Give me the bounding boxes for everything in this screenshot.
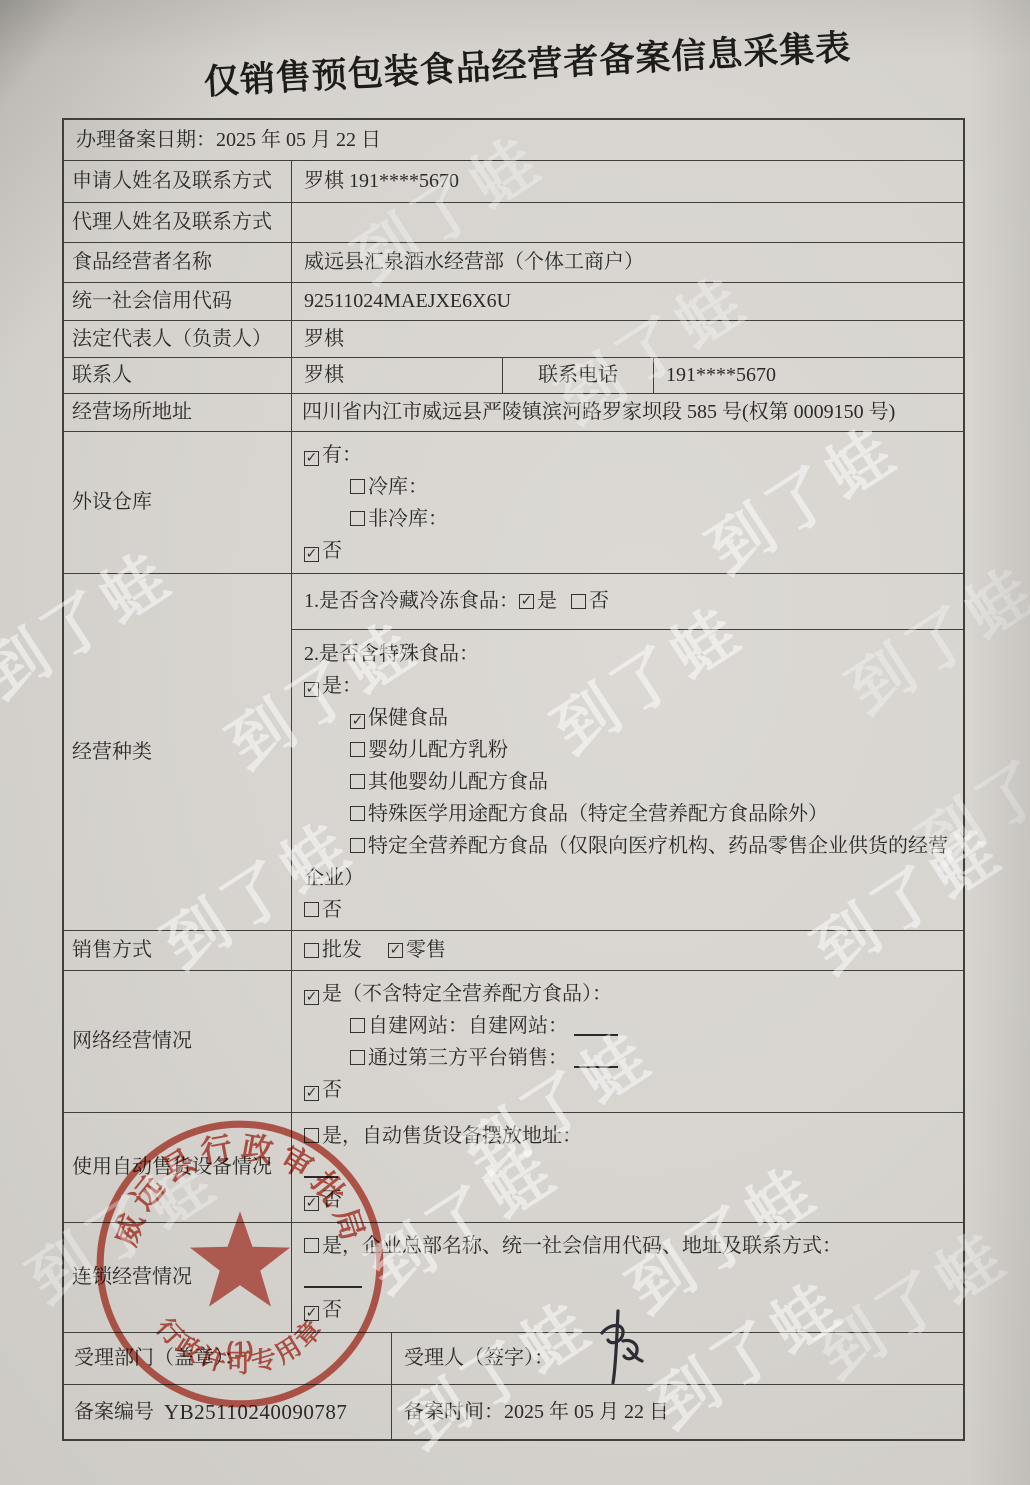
sales-method-options: 批发 ✓零售 (292, 931, 963, 970)
checkbox-empty (350, 838, 365, 853)
row-credit-code: 统一社会信用代码 92511024MAEJXE6X6U (64, 282, 963, 320)
row-agent: 代理人姓名及联系方式 (64, 202, 963, 242)
applicant-label: 申请人姓名及联系方式 (64, 161, 292, 202)
online-option: 通过第三方平台销售： (304, 1042, 951, 1074)
row-applicant: 申请人姓名及联系方式 罗棋 191****5670 (64, 160, 963, 202)
address-label: 经营场所地址 (64, 394, 292, 431)
option-label: 是（不含特定全营养配方食品）： (322, 983, 612, 1005)
legal-rep-value: 罗棋 (292, 321, 963, 357)
vending-option: ✓否 (304, 1184, 951, 1216)
record-time-label: 备案时间： (404, 1399, 504, 1426)
online-business-label: 网络经营情况 (64, 971, 292, 1112)
blank-underline (304, 1267, 362, 1288)
checkbox-empty (304, 943, 319, 958)
phone-label: 联系电话 (502, 358, 654, 393)
row-address: 经营场所地址 四川省内江市威远县严陵镇滨河路罗家坝段 585 号(权第 0009… (64, 393, 963, 431)
chain-option: 是，企业总部名称、统一社会信用代码、地址及联系方式： (304, 1230, 951, 1262)
cold-food-question: 1.是否含冷藏冷冻食品： ✓是 否 (292, 574, 963, 629)
checkbox-checked: ✓ (388, 943, 403, 958)
checkbox-checked: ✓ (304, 1086, 319, 1101)
row-warehouse: 外设仓库 ✓有： 冷库： 非冷库： ✓否 (64, 431, 963, 573)
checkbox-empty (304, 1128, 319, 1143)
checkbox-checked: ✓ (350, 714, 365, 729)
row-legal-rep: 法定代表人（负责人） 罗棋 (64, 320, 963, 357)
checkbox-empty (350, 1050, 365, 1065)
checkbox-checked: ✓ (304, 1306, 319, 1321)
record-time-value: 2025 年 05 月 22 日 (504, 1399, 669, 1426)
option-label: 否 (322, 1079, 342, 1101)
row-sales-method: 销售方式 批发 ✓零售 (64, 930, 963, 970)
contact-label: 联系人 (64, 358, 292, 393)
special-food-option: ✓保健食品 (304, 702, 951, 734)
option-label: 其他婴幼儿配方食品 (368, 771, 548, 793)
operator-name-value: 威远县汇泉酒水经营部（个体工商户） (292, 243, 963, 282)
record-no-value: YB25110240090787 (164, 1398, 347, 1426)
option-label: 批发 (322, 937, 362, 964)
online-option: 自建网站：自建网站： (304, 1010, 951, 1042)
blank-underline (574, 1047, 618, 1068)
option-label: 特殊医学用途配方食品（特定全营养配方食品除外） (368, 803, 828, 825)
credit-code-label: 统一社会信用代码 (64, 283, 292, 320)
checkbox-checked: ✓ (304, 547, 319, 562)
credit-code-value: 92511024MAEJXE6X6U (292, 283, 963, 320)
checkbox-empty (304, 1238, 319, 1253)
special-food-option: 婴幼儿配方乳粉 (304, 734, 951, 766)
checkbox-checked: ✓ (304, 1196, 319, 1211)
option-label: 否 (322, 540, 342, 562)
acceptor-sign-label: 受理人（签字）： (404, 1345, 554, 1372)
row-filing-date: 办理备案日期：2025 年 05 月 22 日 (64, 120, 963, 160)
record-time-cell: 备案时间： 2025 年 05 月 22 日 (392, 1385, 963, 1439)
option-label: 非冷库： (368, 508, 448, 530)
form-title: 仅销售预包装食品经营者备案信息采集表 (147, 17, 909, 108)
checkbox-checked: ✓ (304, 990, 319, 1005)
phone-value: 191****5670 (654, 358, 963, 393)
address-value: 四川省内江市威远县严陵镇滨河路罗家坝段 585 号(权第 0009150 号) (292, 394, 963, 431)
option-label: 婴幼儿配方乳粉 (368, 739, 508, 761)
sales-method-label: 销售方式 (64, 931, 292, 970)
legal-rep-label: 法定代表人（负责人） (64, 321, 292, 357)
blank-underline (574, 1015, 618, 1036)
warehouse-options: ✓有： 冷库： 非冷库： ✓否 (292, 432, 963, 573)
operator-name-label: 食品经营者名称 (64, 243, 292, 282)
option-label: 是，企业总部名称、统一社会信用代码、地址及联系方式： (322, 1235, 842, 1257)
business-types-cell: 1.是否含冷藏冷冻食品： ✓是 否 2.是否含特殊食品： ✓是： ✓保健食品 婴… (292, 574, 963, 930)
applicant-value: 罗棋 191****5670 (292, 161, 963, 202)
checkbox-empty (350, 806, 365, 821)
warehouse-option: 非冷库： (304, 503, 951, 535)
warehouse-option: ✓有： (304, 439, 951, 471)
option-label: 是，自动售货设备摆放地址： (322, 1125, 582, 1147)
checkbox-empty (350, 479, 365, 494)
vending-option: 是，自动售货设备摆放地址： (304, 1120, 951, 1152)
checkbox-empty (571, 594, 586, 609)
chain-label: 连锁经营情况 (64, 1223, 292, 1332)
row-contact: 联系人 罗棋 联系电话 191****5670 (64, 357, 963, 393)
option-label: 自建网站：自建网站： (368, 1015, 568, 1037)
agent-label: 代理人姓名及联系方式 (64, 203, 292, 242)
agent-value (292, 203, 963, 242)
option-label: 通过第三方平台销售： (368, 1047, 568, 1069)
chain-blank-line (304, 1262, 951, 1294)
option-label: 否 (322, 1189, 342, 1211)
online-option: ✓否 (304, 1074, 951, 1106)
special-food-option: 否 (304, 894, 951, 926)
online-option: ✓是（不含特定全营养配方食品）： (304, 978, 951, 1010)
checkbox-checked: ✓ (304, 451, 319, 466)
special-food-option: 特殊医学用途配方食品（特定全营养配方食品除外） (304, 798, 951, 830)
checkbox-empty (350, 511, 365, 526)
question-text: 2.是否含特殊食品： (304, 638, 951, 670)
form-table: 办理备案日期：2025 年 05 月 22 日 申请人姓名及联系方式 罗棋 19… (62, 118, 965, 1441)
photographed-form-page: 到了蛙 到了蛙 到了蛙 到了蛙 到了蛙 到了蛙 到了蛙 到了蛙 到了蛙 到了蛙 … (0, 0, 1030, 1485)
checkbox-empty (350, 774, 365, 789)
warehouse-label: 外设仓库 (64, 432, 292, 573)
row-operator-name: 食品经营者名称 威远县汇泉酒水经营部（个体工商户） (64, 242, 963, 282)
special-food-option: 特定全营养配方食品（仅限向医疗机构、药品零售企业供货的经营企业） (304, 830, 951, 894)
special-food-question: 2.是否含特殊食品： ✓是： ✓保健食品 婴幼儿配方乳粉 其他婴幼儿配方食品 特… (292, 629, 963, 930)
record-no-cell: 备案编号 YB25110240090787 (64, 1385, 392, 1439)
checkbox-empty (304, 902, 319, 917)
contact-value: 罗棋 (292, 358, 502, 393)
option-label: 否 (589, 588, 609, 615)
checkbox-checked: ✓ (519, 594, 534, 609)
option-label: 冷库： (368, 476, 428, 498)
option-label: 是 (537, 588, 557, 615)
warehouse-option: ✓否 (304, 535, 951, 567)
option-label: 保健食品 (368, 707, 448, 729)
acceptor-cell: 受理人（签字）： (392, 1333, 963, 1384)
row-business-types: 经营种类 1.是否含冷藏冷冻食品： ✓是 否 2.是否含特殊食品： ✓是： ✓保… (64, 573, 963, 930)
special-food-option: ✓是： (304, 670, 951, 702)
option-label: 有： (322, 444, 362, 466)
vending-label: 使用自动售货设备情况 (64, 1113, 292, 1222)
blank-underline (304, 1157, 338, 1178)
checkbox-empty (350, 1018, 365, 1033)
vending-options: 是，自动售货设备摆放地址： ✓否 (292, 1113, 963, 1222)
option-label: 否 (322, 899, 342, 921)
record-no-label: 备案编号 (74, 1399, 154, 1426)
dept-seal-label: 受理部门（盖章）： (64, 1333, 392, 1384)
row-vending: 使用自动售货设备情况 是，自动售货设备摆放地址： ✓否 (64, 1112, 963, 1222)
business-types-label: 经营种类 (64, 574, 292, 930)
option-label: 是： (322, 675, 362, 697)
filing-date: 办理备案日期：2025 年 05 月 22 日 (64, 120, 963, 160)
row-acceptance: 受理部门（盖章）： 受理人（签字）： (64, 1332, 963, 1384)
special-food-option: 其他婴幼儿配方食品 (304, 766, 951, 798)
option-label: 零售 (406, 937, 446, 964)
row-online-business: 网络经营情况 ✓是（不含特定全营养配方食品）： 自建网站：自建网站： 通过第三方… (64, 970, 963, 1112)
question-text: 1.是否含冷藏冷冻食品： (304, 588, 519, 615)
vending-blank-line (304, 1152, 951, 1184)
acceptor-signature (580, 1307, 658, 1387)
warehouse-option: 冷库： (304, 471, 951, 503)
online-business-options: ✓是（不含特定全营养配方食品）： 自建网站：自建网站： 通过第三方平台销售： ✓… (292, 971, 963, 1112)
row-chain: 连锁经营情况 是，企业总部名称、统一社会信用代码、地址及联系方式： ✓否 (64, 1222, 963, 1332)
row-record: 备案编号 YB25110240090787 备案时间： 2025 年 05 月 … (64, 1384, 963, 1439)
checkbox-empty (350, 742, 365, 757)
option-label: 特定全营养配方食品（仅限向医疗机构、药品零售企业供货的经营企业） (304, 835, 948, 889)
option-label: 否 (322, 1299, 342, 1321)
checkbox-checked: ✓ (304, 682, 319, 697)
